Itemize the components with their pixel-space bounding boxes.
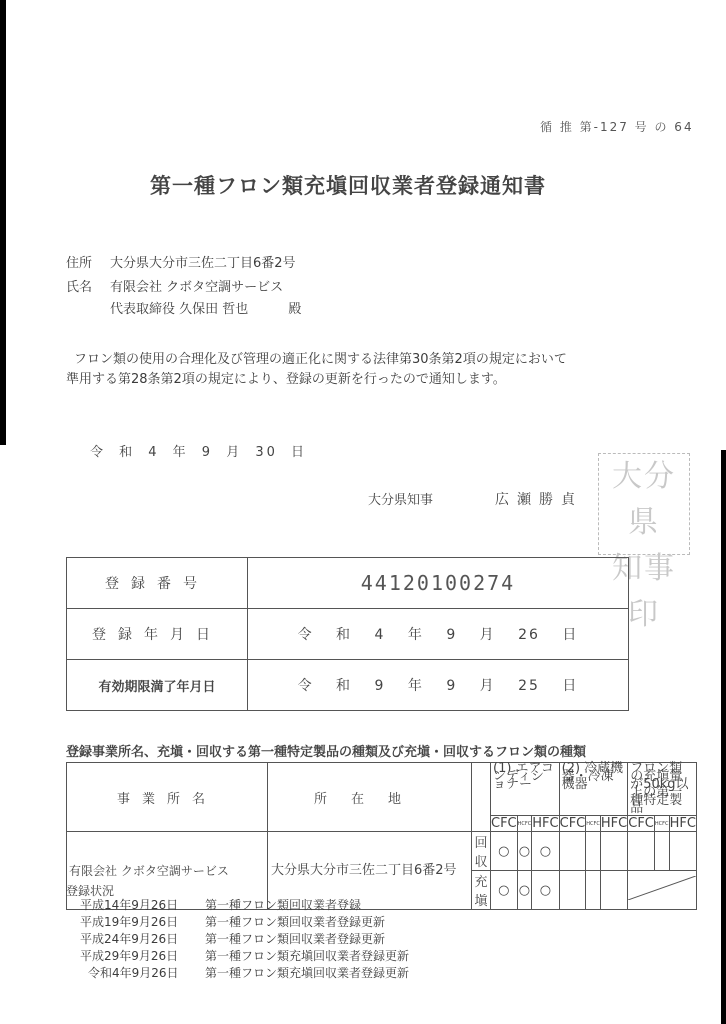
expiry-date-label: 有効期限満了年月日 bbox=[67, 660, 248, 711]
history-date: 令和4年9月26日 bbox=[80, 965, 205, 982]
gas-header: CFC bbox=[559, 816, 586, 832]
document-title: 第一種フロン類充塡回収業者登録通知書 bbox=[150, 170, 546, 200]
table-row: 有限会社 クボタ空調サービス 大分県大分市三佐二丁目6番2号 回収 ○ ○ ○ bbox=[67, 832, 697, 871]
facility-table-caption: 登録事業所名、充塡・回収する第一種特定製品の種類及び充塡・回収するフロン類の種類 bbox=[66, 741, 586, 760]
scan-edge-right bbox=[721, 450, 726, 1024]
recovery-mark bbox=[600, 832, 627, 871]
gas-header: HCFC bbox=[654, 816, 669, 832]
gas-header: HCFC bbox=[586, 816, 601, 832]
notice-body: フロン類の使用の合理化及び管理の適正化に関する法律第30条第2項の規定において … bbox=[66, 350, 666, 390]
gas-header: CFC bbox=[628, 816, 655, 832]
list-item: 平成19年9月26日第一種フロン類回収業者登録更新 bbox=[80, 914, 409, 931]
recovery-mark bbox=[559, 832, 586, 871]
gas-header: HFC bbox=[600, 816, 627, 832]
history-date: 平成14年9月26日 bbox=[80, 897, 205, 914]
registration-date-value: 令 和 4 年 9 月 26 日 bbox=[248, 609, 629, 660]
document-number: 循 推 第-127 号 の 64 bbox=[540, 118, 694, 135]
gas-header: HFC bbox=[669, 816, 696, 832]
registration-date-label: 登録年月日 bbox=[67, 609, 248, 660]
history-list: 平成14年9月26日第一種フロン類回収業者登録 平成19年9月26日第一種フロン… bbox=[80, 897, 409, 982]
recovery-mark bbox=[628, 832, 655, 871]
recipient-address: 住所大分県大分市三佐二丁目6番2号 bbox=[66, 252, 296, 271]
table-row: 登録年月日 令 和 4 年 9 月 26 日 bbox=[67, 609, 629, 660]
recovery-mark bbox=[654, 832, 669, 871]
expiry-date-value: 令 和 9 年 9 月 25 日 bbox=[248, 660, 629, 711]
recovery-mark bbox=[586, 832, 601, 871]
name-label: 氏名 bbox=[66, 276, 110, 295]
history-event: 第一種フロン類回収業者登録 bbox=[205, 898, 361, 912]
recovery-mark: ○ bbox=[491, 832, 518, 871]
scan-edge-left bbox=[0, 0, 6, 445]
recovery-label: 回収 bbox=[472, 832, 491, 871]
governor-name: 広瀬勝貞 bbox=[495, 489, 583, 509]
filling-mark: ○ bbox=[517, 871, 532, 910]
diagonal-strike-icon bbox=[628, 876, 696, 900]
issue-date: 令 和 4 年 9 月 30 日 bbox=[90, 441, 307, 460]
history-date: 平成29年9月26日 bbox=[80, 948, 205, 965]
history-date: 平成19年9月26日 bbox=[80, 914, 205, 931]
address-value: 大分県大分市三佐二丁目6番2号 bbox=[110, 256, 296, 271]
honorific: 殿 bbox=[288, 302, 301, 317]
filling-mark bbox=[586, 871, 601, 910]
official-seal-icon: 大分県知事印 bbox=[598, 453, 690, 555]
filling-mark: ○ bbox=[532, 871, 559, 910]
history-date: 平成24年9月26日 bbox=[80, 931, 205, 948]
representative-value: 代表取締役 久保田 哲也 bbox=[110, 302, 248, 317]
recipient-name: 氏名有限会社 クボタ空調サービス bbox=[66, 276, 283, 295]
table-row: 登録番号 44120100274 bbox=[67, 558, 629, 609]
table-row: 有効期限満了年月日 令 和 9 年 9 月 25 日 bbox=[67, 660, 629, 711]
filling-label: 充塡 bbox=[472, 871, 491, 910]
representative: 代表取締役 久保田 哲也 殿 bbox=[110, 298, 301, 317]
filling-mark bbox=[600, 871, 627, 910]
registration-table: 登録番号 44120100274 登録年月日 令 和 4 年 9 月 26 日 … bbox=[66, 557, 629, 711]
governor-title: 大分県知事 bbox=[368, 489, 433, 508]
recovery-mark: ○ bbox=[517, 832, 532, 871]
name-value: 有限会社 クボタ空調サービス bbox=[110, 280, 283, 295]
group3-header: フロン類の充塡量が50kg以上の第一種特定製品 bbox=[628, 763, 697, 816]
list-item: 平成14年9月26日第一種フロン類回収業者登録 bbox=[80, 897, 409, 914]
location-header: 所在地 bbox=[268, 763, 472, 832]
filling-mark bbox=[559, 871, 586, 910]
gas-header: CFC bbox=[491, 816, 518, 832]
office-name-header: 事業所名 bbox=[67, 763, 268, 832]
not-applicable-cell bbox=[628, 871, 697, 910]
group2-header: (2) 冷蔵機器・冷凍機器 bbox=[559, 763, 628, 816]
history-event: 第一種フロン類充塡回収業者登録更新 bbox=[205, 966, 409, 980]
gas-header: HFC bbox=[532, 816, 559, 832]
recovery-mark: ○ bbox=[532, 832, 559, 871]
facility-table: 事業所名 所在地 (1) エアコンディショナー (2) 冷蔵機器・冷凍機器 フロ… bbox=[66, 762, 697, 910]
list-item: 令和4年9月26日第一種フロン類充塡回収業者登録更新 bbox=[80, 965, 409, 982]
blank-header bbox=[472, 763, 491, 832]
group1-header: (1) エアコンディショナー bbox=[491, 763, 560, 816]
body-line-1: フロン類の使用の合理化及び管理の適正化に関する法律第30条第2項の規定において bbox=[66, 350, 666, 370]
list-item: 平成29年9月26日第一種フロン類充塡回収業者登録更新 bbox=[80, 948, 409, 965]
history-event: 第一種フロン類回収業者登録更新 bbox=[205, 915, 385, 929]
history-event: 第一種フロン類充塡回収業者登録更新 bbox=[205, 949, 409, 963]
body-line-2: 準用する第28条第2項の規定により、登録の更新を行ったので通知します。 bbox=[66, 370, 666, 390]
recovery-mark bbox=[669, 832, 696, 871]
list-item: 平成24年9月26日第一種フロン類回収業者登録更新 bbox=[80, 931, 409, 948]
registration-number-value: 44120100274 bbox=[248, 558, 629, 609]
filling-mark: ○ bbox=[491, 871, 518, 910]
history-event: 第一種フロン類回収業者登録更新 bbox=[205, 932, 385, 946]
address-label: 住所 bbox=[66, 252, 110, 271]
gas-header: HCFC bbox=[517, 816, 532, 832]
registration-number-label: 登録番号 bbox=[67, 558, 248, 609]
